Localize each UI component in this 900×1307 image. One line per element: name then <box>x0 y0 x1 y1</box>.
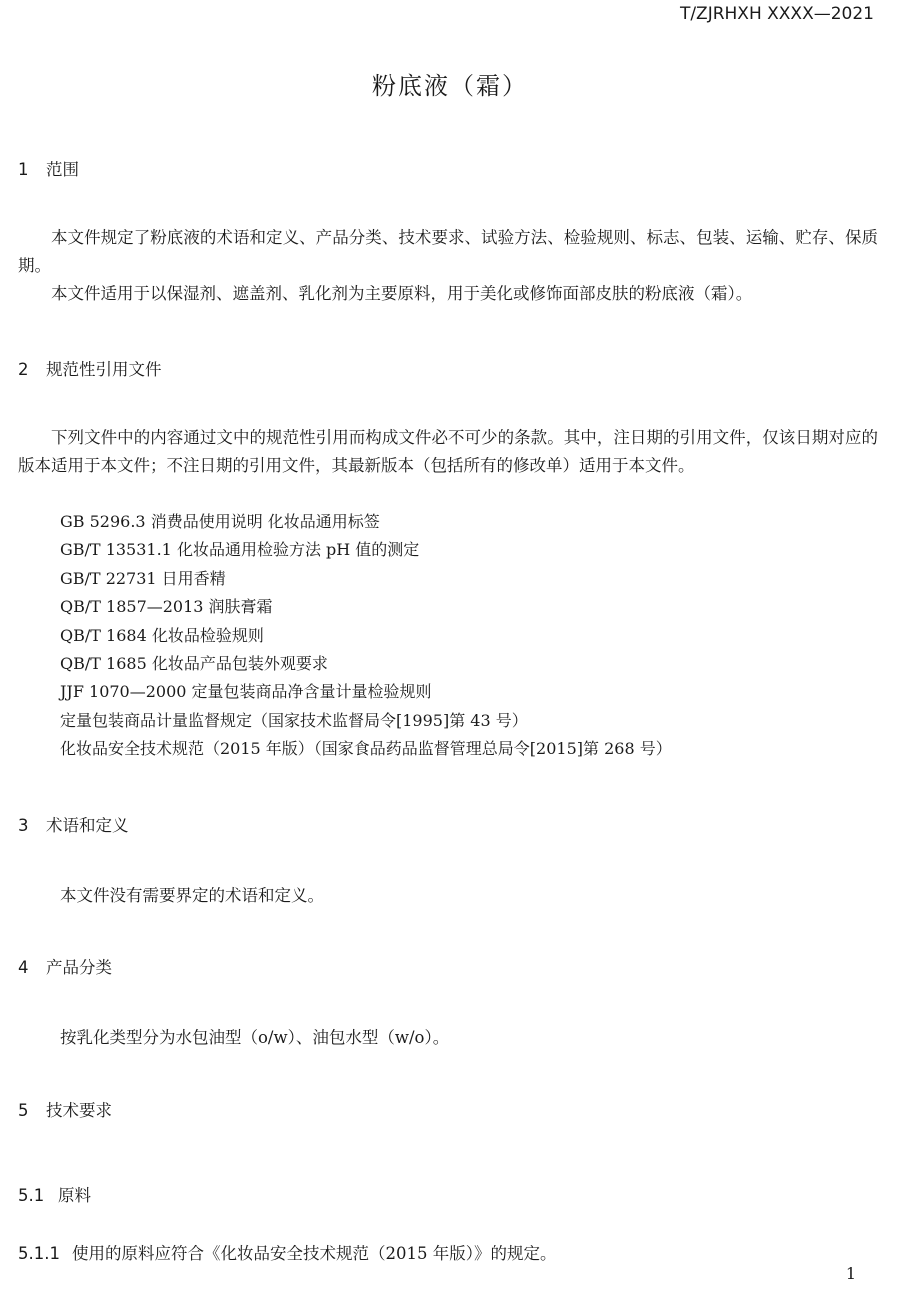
section-heading-classification: 4产品分类 <box>18 954 112 978</box>
clause-5-1-1: 5.1.1使用的原料应符合《化妆品安全技术规范（2015 年版）》的规定。 <box>18 1240 557 1264</box>
reference-item: JJF 1070—2000 定量包装商品净含量计量检验规则 <box>60 678 672 706</box>
section-title: 术语和定义 <box>46 816 129 835</box>
section-title: 技术要求 <box>46 1101 112 1120</box>
reference-item: QB/T 1857—2013 润肤膏霜 <box>60 593 672 621</box>
section-number: 1 <box>18 160 46 179</box>
reference-item: GB/T 22731 日用香精 <box>60 565 672 593</box>
reference-item: QB/T 1685 化妆品产品包装外观要求 <box>60 650 672 678</box>
clause-number: 5.1.1 <box>18 1244 72 1263</box>
paragraph: 本文件适用于以保湿剂、遮盖剂、乳化剂为主要原料，用于美化或修饰面部皮肤的粉底液（… <box>18 280 878 308</box>
scope-paragraphs: 本文件规定了粉底液的术语和定义、产品分类、技术要求、试验方法、检验规则、标志、包… <box>18 224 878 308</box>
section-number: 2 <box>18 360 46 379</box>
reference-item: 定量包装商品计量监督规定（国家技术监督局令[1995]第 43 号） <box>60 707 672 735</box>
reference-list: GB 5296.3 消费品使用说明 化妆品通用标签 GB/T 13531.1 化… <box>60 508 672 764</box>
section-title: 规范性引用文件 <box>46 360 162 379</box>
paragraph: 本文件规定了粉底液的术语和定义、产品分类、技术要求、试验方法、检验规则、标志、包… <box>18 224 878 280</box>
section-heading-scope: 1范围 <box>18 156 79 180</box>
classification-text: 按乳化类型分为水包油型（o/w）、油包水型（w/o）。 <box>60 1024 449 1048</box>
section-number: 3 <box>18 816 46 835</box>
section-heading-normative-references: 2规范性引用文件 <box>18 356 162 380</box>
subsection-heading-raw-materials: 5.1原料 <box>18 1182 91 1206</box>
section-title: 范围 <box>46 160 79 179</box>
page-number: 1 <box>846 1264 856 1283</box>
document-code: T/ZJRHXH XXXX—2021 <box>680 4 874 24</box>
paragraph: 下列文件中的内容通过文中的规范性引用而构成文件必不可少的条款。其中，注日期的引用… <box>18 424 878 480</box>
reference-item: QB/T 1684 化妆品检验规则 <box>60 622 672 650</box>
section-number: 4 <box>18 958 46 977</box>
subsection-number: 5.1 <box>18 1186 58 1205</box>
reference-item: GB 5296.3 消费品使用说明 化妆品通用标签 <box>60 508 672 536</box>
document-title: 粉底液（霜） <box>0 66 900 101</box>
section-heading-technical-requirements: 5技术要求 <box>18 1097 112 1121</box>
reference-item: GB/T 13531.1 化妆品通用检验方法 pH 值的测定 <box>60 536 672 564</box>
subsection-title: 原料 <box>58 1186 91 1205</box>
terms-text: 本文件没有需要界定的术语和定义。 <box>60 882 324 906</box>
section-title: 产品分类 <box>46 958 112 977</box>
reference-item: 化妆品安全技术规范（2015 年版）（国家食品药品监督管理总局令[2015]第 … <box>60 735 672 763</box>
section-number: 5 <box>18 1101 46 1120</box>
references-intro: 下列文件中的内容通过文中的规范性引用而构成文件必不可少的条款。其中，注日期的引用… <box>18 424 878 480</box>
clause-text: 使用的原料应符合《化妆品安全技术规范（2015 年版）》的规定。 <box>72 1244 557 1263</box>
section-heading-terms: 3术语和定义 <box>18 812 129 836</box>
